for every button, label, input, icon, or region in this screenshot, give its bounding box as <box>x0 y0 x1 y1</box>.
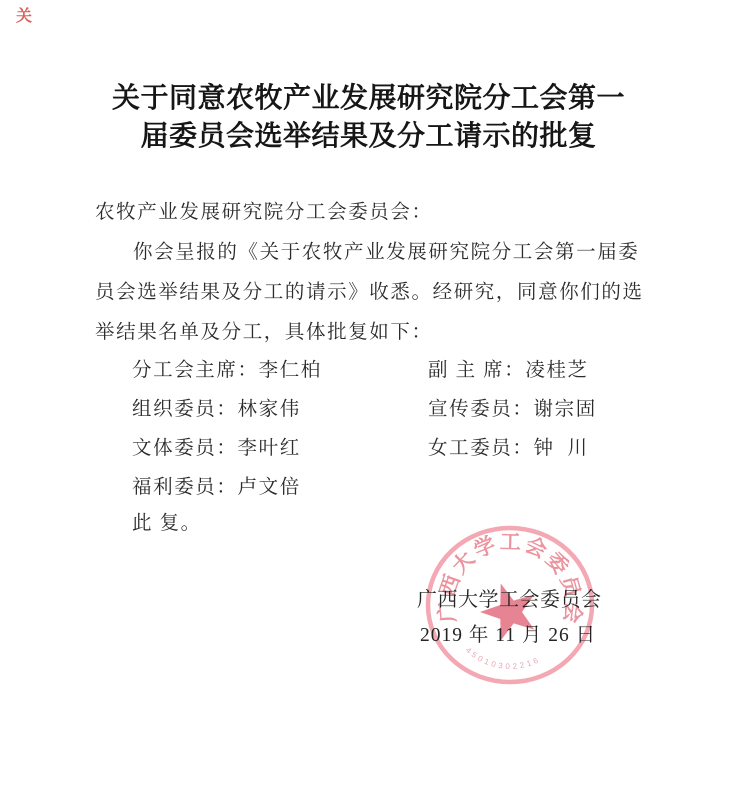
assignment-vice-chairman: 副 主 席：凌桂芝 <box>428 354 589 382</box>
document-title-line-2: 届委员会选举结果及分工请示的批复 <box>0 114 737 154</box>
salutation: 农牧产业发展研究院分工会委员会： <box>95 196 433 224</box>
closing-phrase: 此 复。 <box>132 507 202 535</box>
assignment-organization-member: 组织委员：林家伟 <box>132 393 301 421</box>
seal-serial-number: 45010302216 <box>464 646 542 671</box>
assignment-chairman: 分工会主席：李仁柏 <box>132 354 322 382</box>
assignment-welfare-member: 福利委员：卢文倍 <box>132 471 301 499</box>
body-paragraph-line: 你会呈报的《关于农牧产业发展研究院分工会第一届委 <box>133 236 639 264</box>
red-corner-mark: 关 <box>16 3 32 26</box>
assignment-culture-sports-member: 文体委员：李叶红 <box>132 432 301 460</box>
issuing-organization-signature: 广西大学工会委员会 <box>417 583 602 612</box>
issue-date: 2019 年 11 月 26 日 <box>420 619 596 647</box>
body-paragraph-line: 举结果名单及分工，具体批复如下： <box>95 316 433 344</box>
assignment-women-workers-member: 女工委员：钟 川 <box>428 432 589 460</box>
body-paragraph-line: 员会选举结果及分工的请示》收悉。经研究，同意你们的选 <box>95 276 644 304</box>
assignment-publicity-member: 宣传委员：谢宗固 <box>428 393 597 421</box>
document-title-line-1: 关于同意农牧产业发展研究院分工会第一 <box>0 76 737 116</box>
document-page: 关 关于同意农牧产业发展研究院分工会第一 届委员会选举结果及分工请示的批复 农牧… <box>0 0 737 800</box>
